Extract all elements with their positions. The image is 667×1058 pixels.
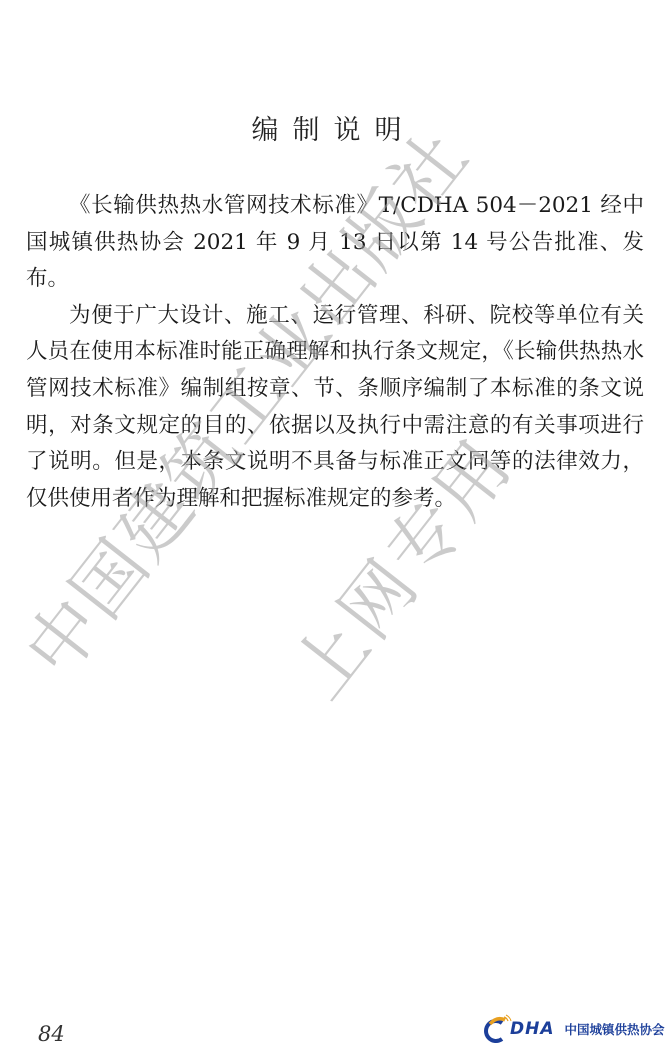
- logo-abbreviation: DHA: [510, 1019, 555, 1039]
- page-number: 84: [38, 1022, 65, 1046]
- paragraph-purpose: 为便于广大设计、施工、运行管理、科研、院校等单位有关人员在使用本标准时能正确理解…: [26, 298, 644, 518]
- footer-logo: DHA 中国城镇供热协会: [482, 1014, 665, 1044]
- cdha-logo-icon: [482, 1014, 512, 1044]
- document-body: 《长输供热热水管网技术标准》T/CDHA 504－2021 经中国城镇供热协会 …: [26, 188, 644, 517]
- page-title: 编制说明: [0, 108, 667, 147]
- paragraph-approval: 《长输供热热水管网技术标准》T/CDHA 504－2021 经中国城镇供热协会 …: [26, 188, 644, 298]
- logo-organization-name: 中国城镇供热协会: [565, 1020, 665, 1038]
